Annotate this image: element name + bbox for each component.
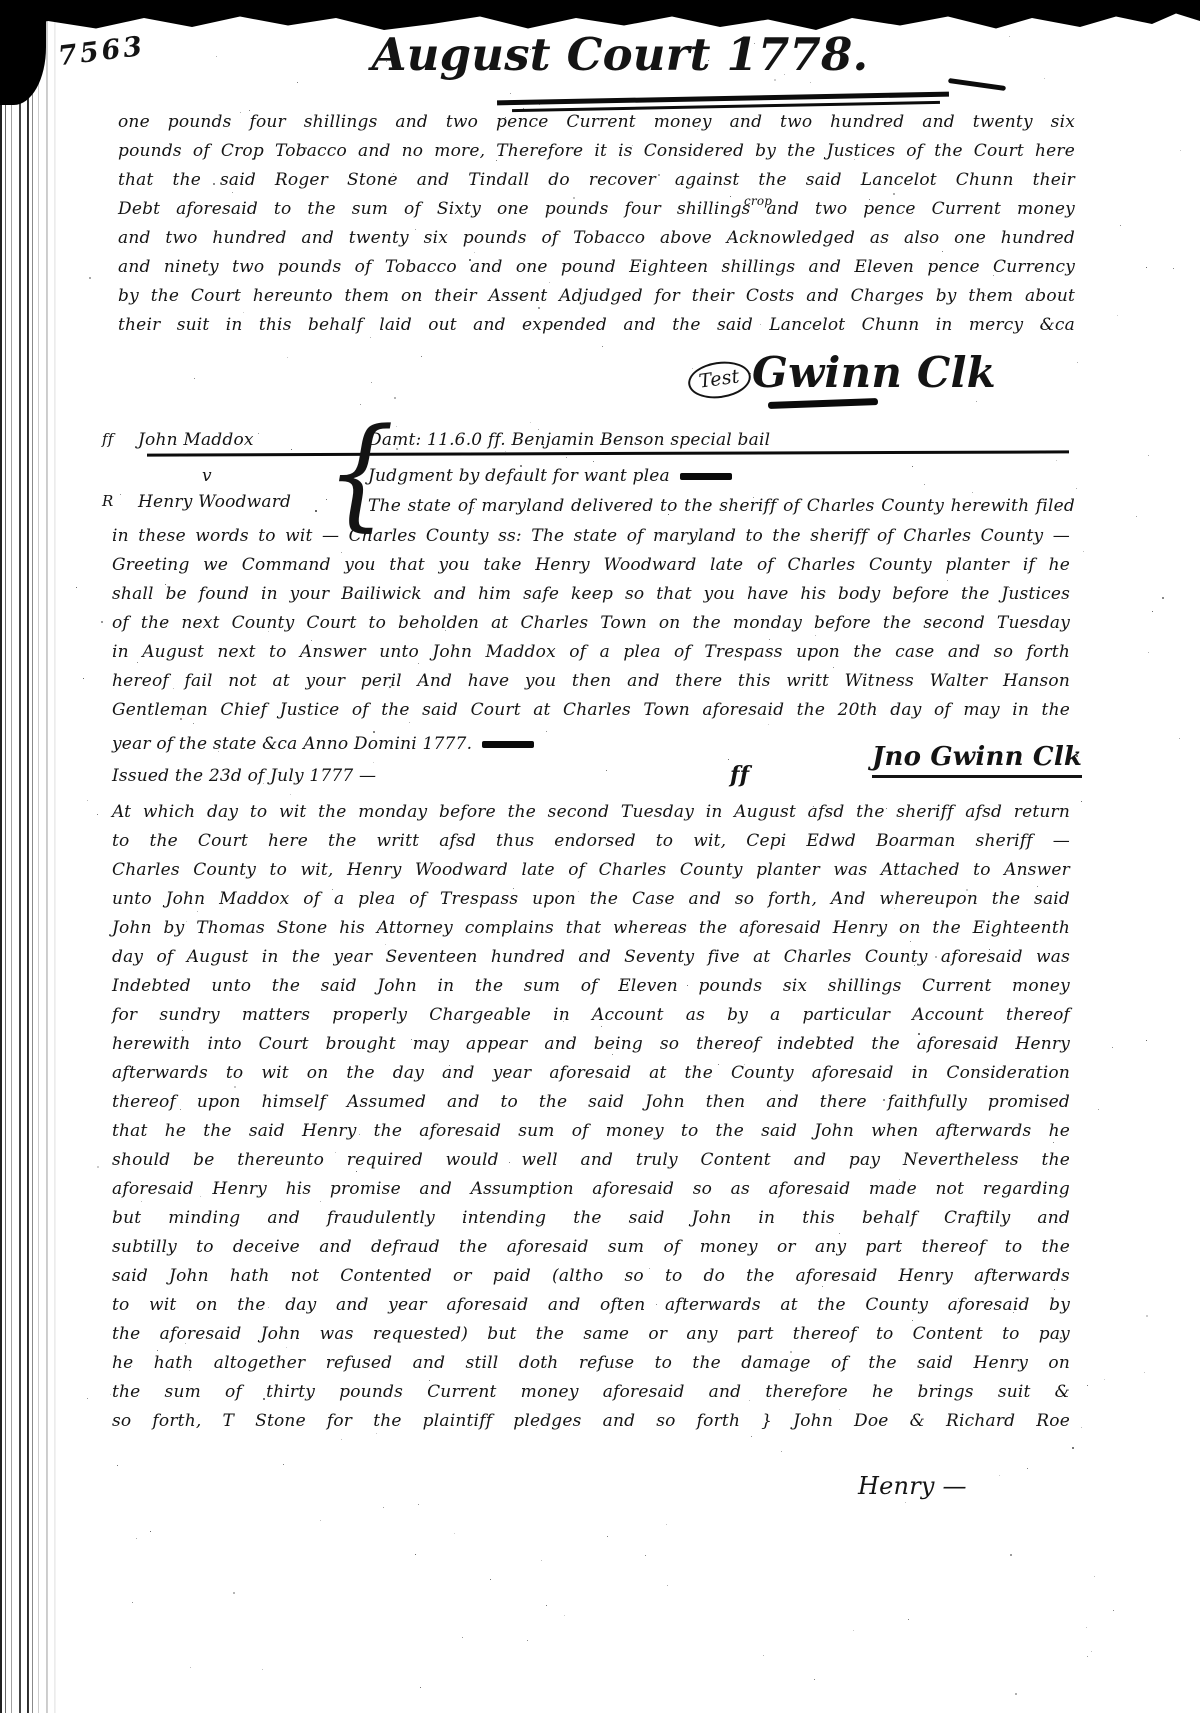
paper-speck (1094, 1576, 1095, 1577)
manuscript-line: in these words to wit — Charles County s… (112, 522, 1070, 551)
paper-speck (1180, 150, 1181, 151)
paper-speck (1162, 597, 1164, 599)
paper-speck (1144, 1372, 1145, 1373)
paper-speck (258, 433, 259, 434)
paper-speck (290, 794, 291, 795)
paper-speck (1113, 1610, 1114, 1611)
paper-speck (117, 1465, 118, 1466)
paper-speck (1152, 611, 1153, 612)
paper-speck (1112, 1047, 1113, 1048)
paper-speck (853, 1630, 854, 1631)
paper-speck (728, 759, 729, 760)
paper-speck (1148, 652, 1149, 653)
paper-speck (1077, 362, 1078, 363)
paper-speck (415, 1554, 416, 1555)
paper-speck (510, 93, 511, 94)
paper-speck (97, 814, 98, 815)
paper-speck (666, 1524, 667, 1525)
manuscript-page: 7563 August Court 1778. one pounds four … (0, 0, 1200, 1713)
paper-speck (194, 378, 195, 379)
paper-speck (593, 461, 594, 462)
paper-speck (1081, 1427, 1082, 1428)
paper-speck (905, 1502, 906, 1503)
scan-top-edge (0, 0, 1200, 30)
paper-speck (190, 1667, 191, 1668)
manuscript-line: and ninety two pounds of Tobacco and one… (118, 253, 1075, 282)
paper-speck (373, 731, 375, 733)
paper-speck (233, 1592, 235, 1594)
paper-speck (1027, 1468, 1028, 1469)
page-number: 7563 (56, 31, 146, 72)
test-label: Test (686, 358, 753, 402)
manuscript-line: one pounds four shillings and two pence … (118, 108, 1075, 137)
paper-speck (546, 731, 547, 732)
issued-line: Issued the 23d of July 1777 — (112, 766, 376, 786)
paper-speck (1146, 267, 1147, 268)
section-divider (147, 450, 1069, 456)
defendant-name: Henry Woodward (138, 492, 291, 512)
manuscript-line: in August next to Answer unto John Maddo… (112, 638, 1070, 667)
page-title: August Court 1778. (250, 28, 990, 81)
paper-speck (120, 494, 121, 495)
manuscript-line: thereof upon himself Assumed and to the … (112, 1088, 1070, 1117)
paper-speck (83, 678, 84, 679)
paper-speck (1010, 1554, 1012, 1556)
writ-first-line: The state of maryland delivered to the s… (368, 492, 1075, 521)
paper-speck (1104, 1379, 1105, 1380)
paper-speck (291, 449, 292, 450)
paper-speck (566, 457, 567, 458)
paper-speck (394, 397, 396, 399)
paper-speck (1076, 488, 1077, 489)
filed-mark: ff (730, 762, 749, 788)
manuscript-line: to the Court here the writt afsd thus en… (112, 827, 1070, 856)
ink-dash (680, 473, 732, 480)
manuscript-line: Indebted unto the said John in the sum o… (112, 972, 1070, 1001)
paper-speck (1179, 738, 1180, 739)
manuscript-line: shall be found in your Bailiwick and him… (112, 580, 1070, 609)
manuscript-line: by the Court hereunto them on their Asse… (118, 282, 1075, 311)
paper-speck (421, 356, 422, 357)
paper-speck (1146, 1315, 1148, 1317)
paper-speck (320, 1520, 321, 1521)
plaintiff-name: John Maddox (138, 430, 254, 450)
manuscript-line: that the said Roger Stone and Tindall do… (118, 166, 1075, 195)
paper-speck (76, 587, 77, 588)
paper-speck (908, 1619, 909, 1620)
damages-text: Damt: 11.6.0 ff. Benjamin Benson special… (368, 430, 770, 450)
paper-speck (541, 1560, 542, 1561)
paper-speck (87, 800, 88, 801)
paper-speck (490, 1579, 491, 1580)
paper-speck (1087, 1385, 1088, 1386)
paper-speck (1146, 1040, 1147, 1041)
manuscript-line: subtilly to deceive and defraud the afor… (112, 1233, 1070, 1262)
manuscript-line: Charles County to wit, Henry Woodward la… (112, 856, 1070, 885)
manuscript-line: At which day to wit the monday before th… (112, 798, 1070, 827)
paper-speck (1015, 1693, 1017, 1695)
manuscript-line: of the next County Court to beholden at … (112, 609, 1070, 638)
paper-speck (814, 1679, 815, 1680)
writ-date-line: year of the state &ca Anno Domini 1777. (112, 734, 534, 754)
manuscript-line: Gentleman Chief Justice of the said Cour… (112, 696, 1070, 725)
paper-speck (602, 346, 603, 347)
paper-speck (383, 1507, 384, 1508)
manuscript-line: and two hundred and twenty six pounds of… (118, 224, 1075, 253)
paper-speck (87, 1398, 88, 1399)
clerk-attestation-signature: Jno Gwinn Clk (872, 742, 1082, 778)
paper-speck (1087, 1656, 1088, 1657)
paper-speck (297, 82, 298, 83)
paper-speck (1056, 460, 1057, 461)
paper-speck (1148, 455, 1149, 456)
paper-speck (912, 466, 913, 467)
paper-speck (527, 1640, 528, 1641)
clerk-signature-flourish: Gwinn Clk (752, 348, 996, 397)
manuscript-line: their suit in this behalf laid out and e… (118, 311, 1075, 340)
manuscript-line: pounds of Crop Tobacco and no more, Ther… (118, 137, 1075, 166)
paper-speck (1136, 516, 1137, 517)
book-binding-edge (0, 0, 58, 1713)
manuscript-line: Greeting we Command you that you take He… (112, 551, 1070, 580)
paper-speck (1091, 1651, 1092, 1652)
paper-speck (262, 1669, 263, 1670)
paper-speck (287, 357, 288, 358)
paper-speck (1117, 315, 1118, 316)
paper-speck (136, 1538, 137, 1539)
paper-speck (763, 1655, 764, 1656)
paper-speck (810, 82, 811, 83)
paper-speck (97, 1166, 99, 1168)
paper-speck (564, 1615, 565, 1616)
manuscript-line: to wit on the day and year aforesaid and… (112, 1291, 1070, 1320)
paper-speck (1098, 1109, 1099, 1110)
versus-mark: v (202, 466, 212, 486)
manuscript-line: afterwards to wit on the day and year af… (112, 1059, 1070, 1088)
interline-crop-note: crop (744, 194, 772, 208)
paper-speck (132, 1602, 133, 1603)
paper-speck (283, 1464, 284, 1465)
manuscript-line: the aforesaid John was requested) but th… (112, 1320, 1070, 1349)
paper-speck (420, 1687, 421, 1688)
manuscript-line: herewith into Court brought may appear a… (112, 1030, 1070, 1059)
judgment-paragraph: one pounds four shillings and two pence … (118, 108, 1075, 340)
paper-speck (216, 56, 217, 57)
paper-speck (607, 1536, 608, 1537)
judgment-line: Judgment by default for want plea (368, 466, 732, 486)
catchword: Henry — (858, 1472, 967, 1500)
manuscript-line: so forth, T Stone for the plaintiff pled… (112, 1407, 1070, 1436)
paper-speck (396, 426, 397, 427)
manuscript-line: he hath altogether refused and still dot… (112, 1349, 1070, 1378)
paper-speck (546, 1605, 547, 1606)
writ-date-text: year of the state &ca Anno Domini 1777. (112, 734, 472, 754)
paper-speck (371, 382, 372, 383)
paper-speck (1120, 225, 1121, 226)
paper-speck (1072, 1447, 1074, 1449)
manuscript-line: should be thereunto required would well … (112, 1146, 1070, 1175)
manuscript-line: Debt aforesaid to the sum of Sixty one p… (118, 195, 1075, 224)
paper-speck (462, 1637, 463, 1638)
manuscript-line: the sum of thirty pounds Current money a… (112, 1378, 1070, 1407)
paper-speck (454, 1533, 455, 1534)
paper-speck (645, 1555, 646, 1556)
damages-line: Damt: 11.6.0 ff. Benjamin Benson special… (368, 430, 770, 450)
paper-speck (976, 401, 977, 402)
defendant-mark: R (102, 492, 114, 510)
paper-speck (418, 1504, 419, 1505)
paper-speck (341, 1439, 342, 1440)
writ-body-b: At which day to wit the monday before th… (112, 798, 1070, 1436)
manuscript-line: for sundry matters properly Chargeable i… (112, 1001, 1070, 1030)
manuscript-line: hereof fail not at your peril And have y… (112, 667, 1070, 696)
paper-speck (667, 1585, 668, 1586)
paper-speck (1081, 801, 1082, 802)
paper-speck (1086, 1627, 1087, 1628)
manuscript-line: day of August in the year Seventeen hund… (112, 943, 1070, 972)
manuscript-line: John by Thomas Stone his Attorney compla… (112, 914, 1070, 943)
manuscript-line: that he the said Henry the aforesaid sum… (112, 1117, 1070, 1146)
judgment-text: Judgment by default for want plea (368, 466, 670, 486)
paper-speck (781, 1451, 782, 1452)
paper-speck (999, 1475, 1000, 1476)
paper-speck (315, 510, 317, 512)
manuscript-line: said John hath not Contented or paid (al… (112, 1262, 1070, 1291)
paper-speck (1009, 36, 1010, 37)
paper-speck (373, 762, 374, 763)
paper-speck (101, 621, 103, 623)
paper-speck (924, 484, 925, 485)
manuscript-line: but minding and fraudulently intending t… (112, 1204, 1070, 1233)
paper-speck (110, 1394, 111, 1395)
signature-underline (768, 398, 878, 409)
manuscript-line: unto John Maddox of a plea of Trespass u… (112, 885, 1070, 914)
paper-speck (1083, 551, 1084, 552)
plaintiff-mark: ff (102, 430, 114, 448)
paper-speck (1173, 268, 1174, 269)
paper-speck (89, 277, 91, 279)
manuscript-line: aforesaid Henry his promise and Assumpti… (112, 1175, 1070, 1204)
paper-speck (692, 368, 693, 369)
paper-speck (150, 1531, 151, 1532)
ink-dash (482, 741, 534, 748)
writ-body-a: in these words to wit — Charles County s… (112, 522, 1070, 725)
paper-speck (1044, 78, 1045, 79)
paper-speck (606, 770, 607, 771)
paper-speck (530, 422, 531, 423)
